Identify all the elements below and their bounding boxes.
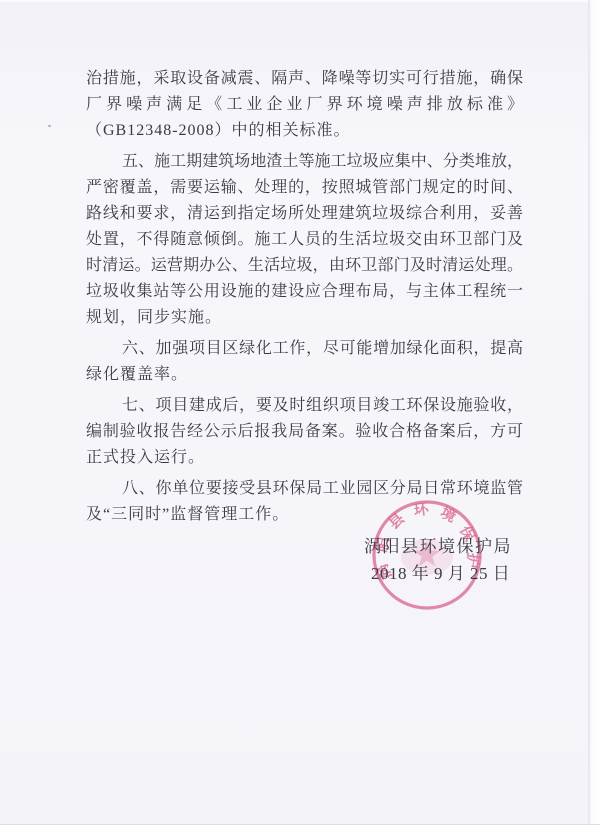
document-line: 编制验收报告经公示后报我局备案。验收合格备案后，方可 <box>86 419 523 445</box>
signature-date: 2018 年 9 月 25 日 <box>371 559 510 584</box>
document-line: 严密覆盖，需要运输、处理的，按照城管部门规定的时间、 <box>86 175 523 201</box>
document-line: 六、加强项目区绿化工作，尽可能增加绿化面积，提高 <box>86 336 523 362</box>
document-body: 治措施，采取设备减震、隔声、降噪等切实可行措施，确保厂界噪声满足《工业企业厂界环… <box>86 66 523 528</box>
document-line: （GB12348-2008）中的相关标准。 <box>86 118 523 144</box>
signature-agency: 涡阳县环境保护局 <box>364 532 512 557</box>
document-line: 绿化覆盖率。 <box>86 362 523 388</box>
paper-bottom-edge <box>0 824 600 832</box>
document-line: 垃圾收集站等公用设施的建设应合理布局，与主体工程统一 <box>86 279 523 305</box>
document-line: 五、施工期建筑场地渣土等施工垃圾应集中、分类堆放， <box>86 149 523 175</box>
document-line: 时清运。运营期办公、生活垃圾，由环卫部门及时清运处理。 <box>86 253 523 279</box>
paper-right-edge <box>588 0 600 824</box>
document-line: 治措施，采取设备减震、隔声、降噪等切实可行措施，确保 <box>86 66 523 92</box>
document-line: 七、项目建成后，要及时组织项目竣工环保设施验收， <box>86 393 523 419</box>
scanned-page: 治措施，采取设备减震、隔声、降噪等切实可行措施，确保厂界噪声满足《工业企业厂界环… <box>0 0 600 832</box>
document-line: 正式投入运行。 <box>86 445 523 471</box>
document-line: 路线和要求，清运到指定场所处理建筑垃圾综合利用，妥善 <box>86 201 523 227</box>
document-line: 规划，同步实施。 <box>86 305 523 331</box>
document-line: 处置，不得随意倾倒。施工人员的生活垃圾交由环卫部门及 <box>86 227 523 253</box>
document-line: 厂界噪声满足《工业企业厂界环境噪声排放标准》 <box>86 92 523 118</box>
